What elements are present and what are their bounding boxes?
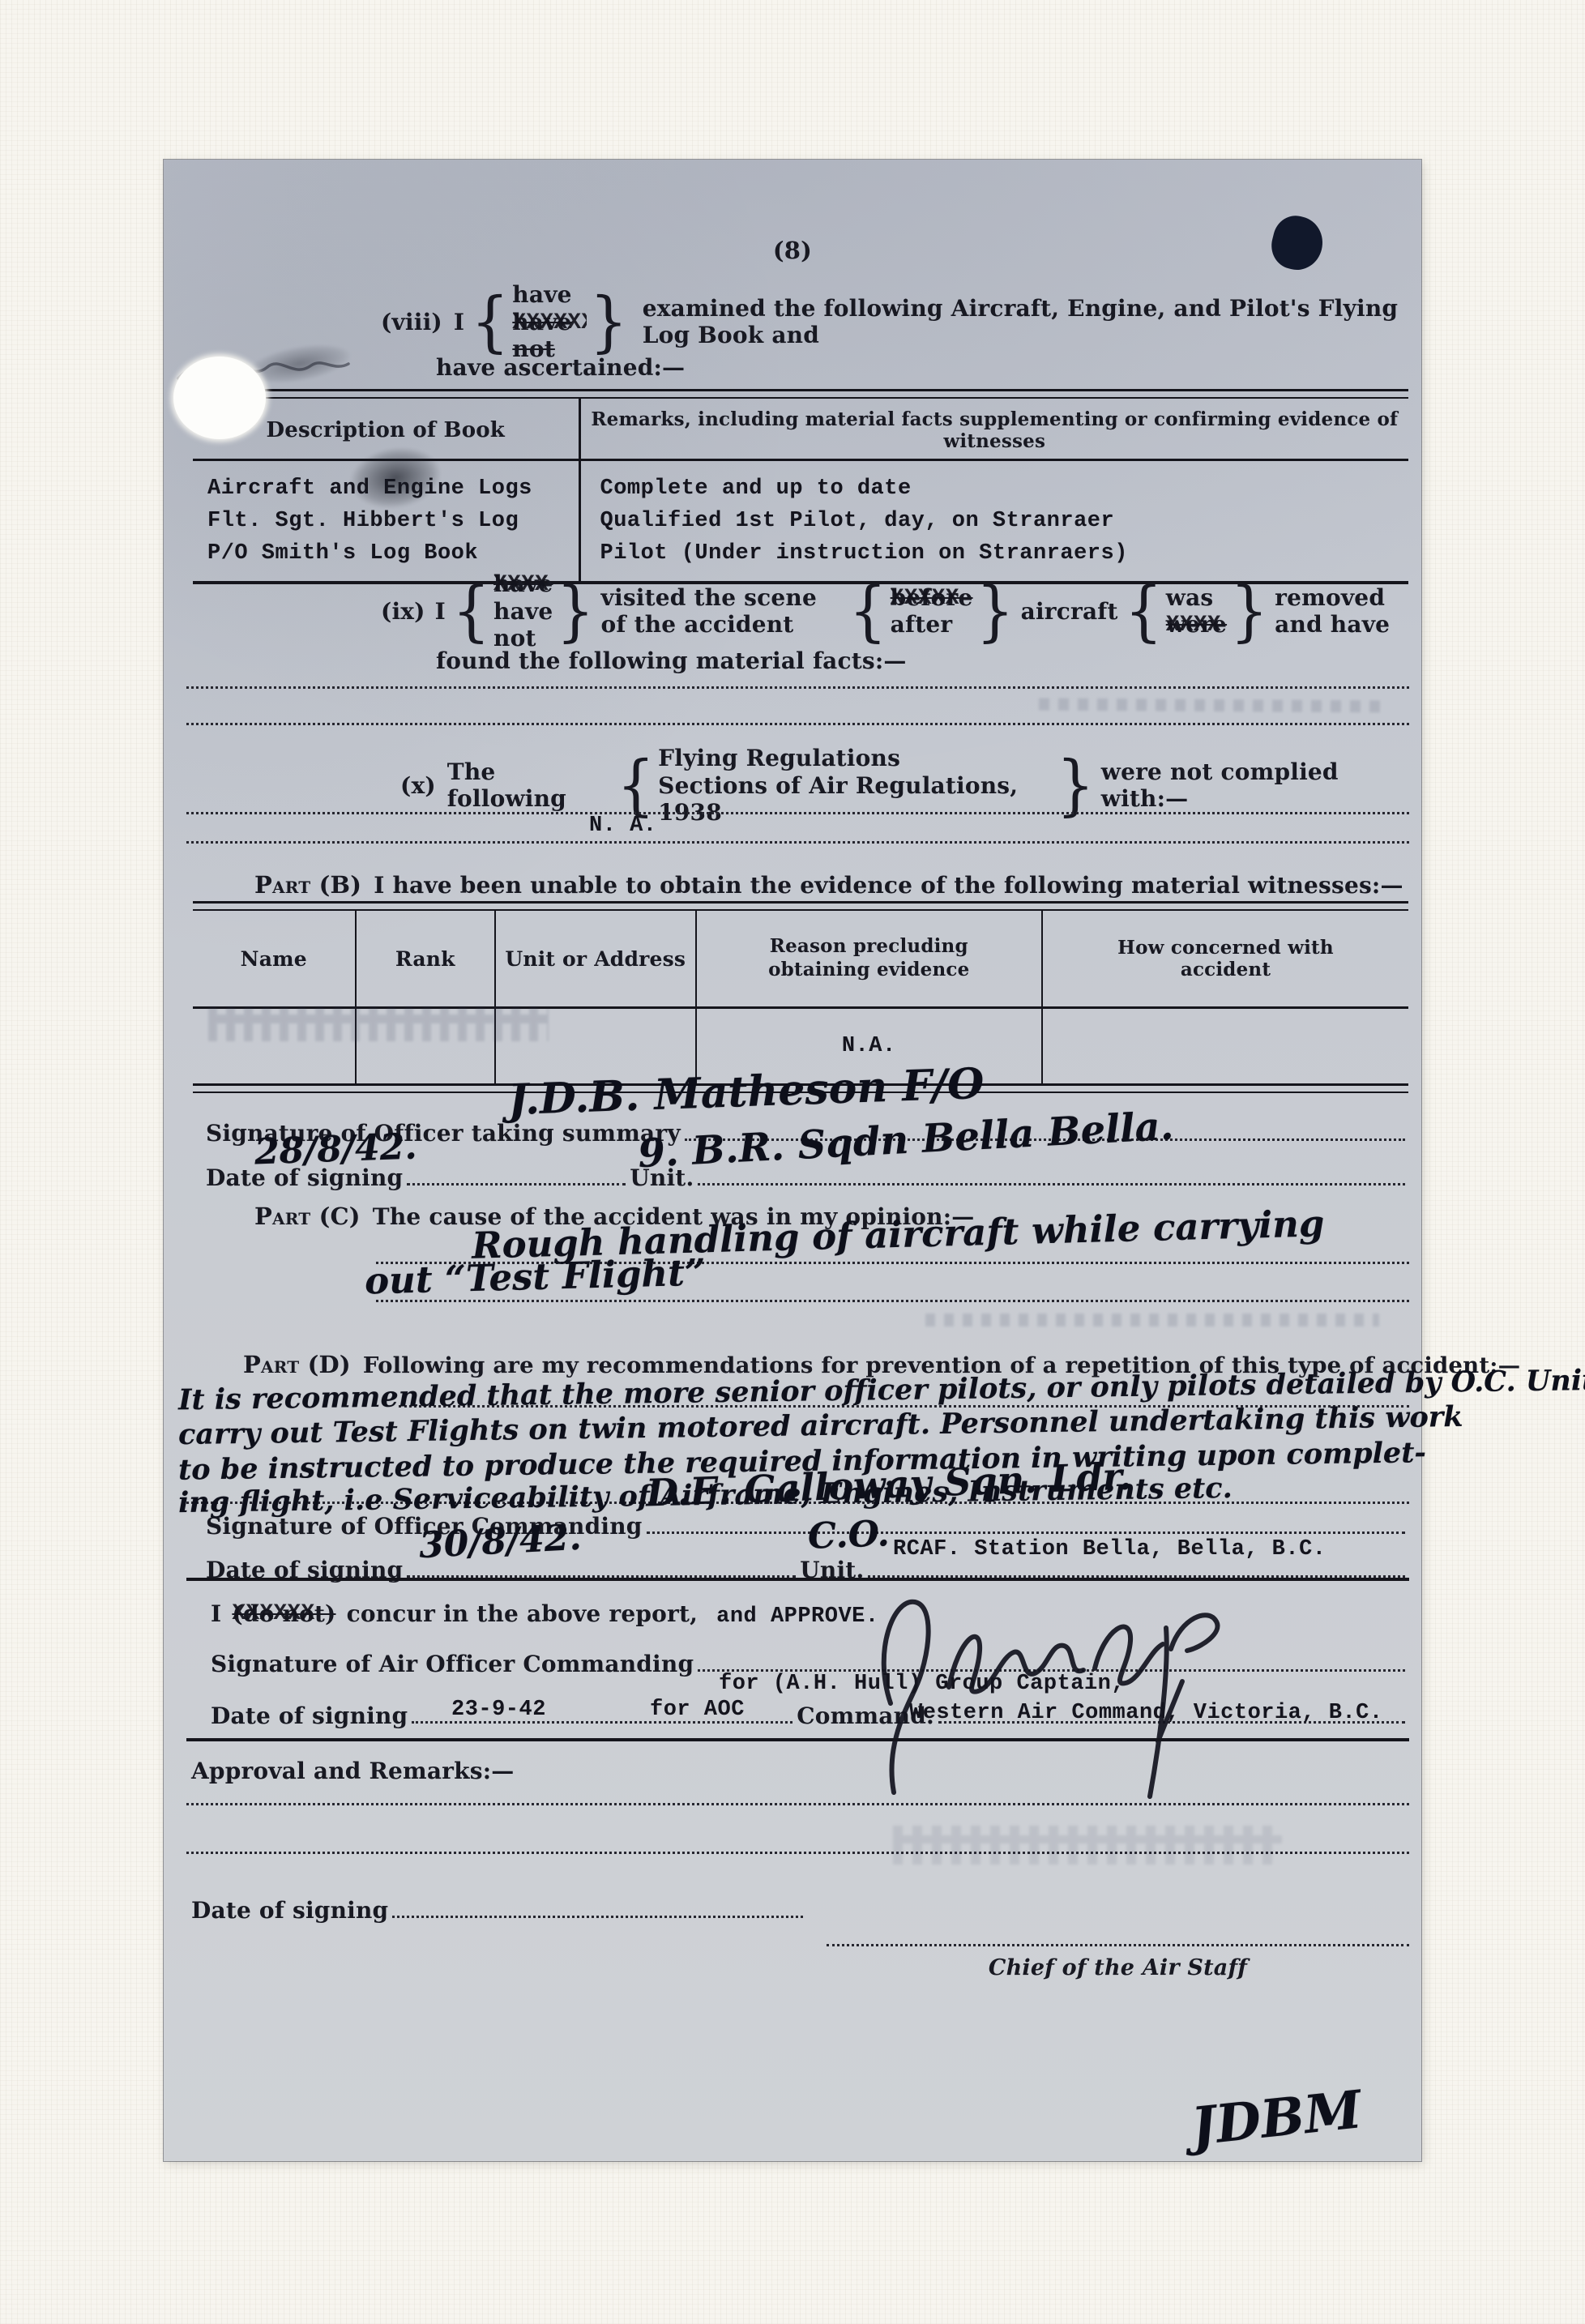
summary-date-row: Date of signing Unit. [206, 1164, 1409, 1191]
part-c-label: Part (C) [254, 1203, 361, 1230]
concur-approve-typed: and APPROVE. [716, 1604, 878, 1629]
bleed-through-artifact [925, 1314, 1379, 1326]
concur-text: concur in the above report, [347, 1600, 698, 1627]
witness-header-concerned: How concerned with accident [1041, 911, 1408, 1006]
footer-date-label: Date of signing [191, 1897, 388, 1924]
aoc-date-typed: 23-9-42 [451, 1698, 546, 1722]
summary-date-handwriting: 28/8/42. [254, 1126, 417, 1173]
section-ix-prefix: I [435, 598, 446, 625]
witness-cell-empty [355, 1009, 495, 1083]
brace-open: { [471, 296, 509, 348]
section-viii-line2: have ascertained:— [436, 354, 685, 381]
section-viii-number: (viii) [381, 309, 442, 335]
section-ix-text3: removed and have [1275, 584, 1410, 638]
dotted-line [186, 841, 1409, 844]
section-ix-line1: (ix) I { have XXXX have not } visited th… [381, 570, 1410, 652]
ix-option-have-struck: have XXXX [493, 570, 553, 598]
witness-cell-empty [1041, 1009, 1408, 1083]
overstrike-x: XXXX [493, 571, 553, 599]
ix-brace-visited: { have XXXX have not } [452, 570, 595, 652]
witness-table: Name Rank Unit or Address Reason preclud… [193, 901, 1408, 1093]
logbook-cell: Pilot (Under instruction on Stranraers) [600, 537, 1404, 570]
ix-option-before-struck: before XXXXX [891, 584, 973, 612]
logbook-header-description: Description of Book [193, 399, 579, 459]
viii-option-have: have [512, 281, 586, 309]
ix-brace-beforeafter: { before XXXXX after } [849, 584, 1015, 639]
brace-close: } [1057, 759, 1095, 812]
viii-brace: { have have not XXXXXXX } [471, 281, 627, 363]
dotted-line [186, 686, 1409, 689]
x-option-air-regs: Sections of Air Regulations, 1938 [658, 772, 1053, 827]
section-viii-line1: (viii) I { have have not XXXXXXX } exami… [381, 281, 1407, 363]
section-rule [186, 1578, 1409, 1581]
scan-background: { "colors": {"paper": "#c6c9d0", "ink": … [0, 0, 1585, 2324]
page-number: (8) [164, 237, 1421, 264]
witness-header-reason: Reason precluding obtaining evidence [695, 911, 1042, 1006]
aoc-signature-label: Signature of Air Officer Commanding [211, 1651, 694, 1677]
overstrike-x: XXXX [1166, 612, 1227, 639]
brace-open: { [1125, 585, 1163, 638]
section-viii-text: examined the following Aircraft, Engine,… [643, 295, 1407, 348]
part-b-label: Part (B) [254, 871, 361, 899]
brace-close: } [976, 585, 1015, 638]
dotted-line [186, 812, 1409, 814]
table-top-rule [193, 901, 1408, 911]
brace-open: { [617, 759, 655, 812]
logbook-cell: Aircraft and Engine Logs [207, 472, 574, 505]
aoc-date-label: Date of signing [211, 1702, 408, 1729]
section-ix-line2: found the following material facts:— [436, 647, 907, 674]
section-ix-number: (ix) [381, 598, 425, 625]
section-rule [186, 1738, 1409, 1741]
brace-close: } [556, 585, 594, 638]
aoc-for-aoc-typed: for AOC [650, 1698, 745, 1722]
logbook-cell: P/O Smith's Log Book [207, 537, 574, 570]
ix-option-were-struck: were XXXX [1166, 611, 1227, 639]
pencil-scribble-artifact [172, 340, 358, 396]
table-top-rule [193, 389, 1408, 399]
smudge-artifact [238, 333, 361, 395]
logbook-header-remarks: Remarks, including material facts supple… [579, 399, 1409, 459]
oc-unit-handwriting: C.O. [807, 1513, 890, 1557]
dotted-leader [392, 1916, 803, 1918]
brace-close: } [1230, 585, 1268, 638]
ix-option-was: was [1166, 584, 1227, 612]
oc-date-handwriting: 30/8/42. [418, 1517, 583, 1566]
footer-date-row: Date of signing [191, 1897, 807, 1924]
witness-header-name: Name [193, 911, 355, 1006]
section-x-prefix: The following [447, 758, 610, 812]
brace-open: { [849, 585, 887, 638]
dotted-line [186, 1803, 1409, 1805]
aoc-for-line-typed: for (A.H. Hull) Group Captain, [719, 1672, 1125, 1696]
chief-of-air-staff-caption: Chief of the Air Staff [989, 1955, 1247, 1980]
bleed-through-artifact [893, 1826, 1282, 1865]
witness-header-unit: Unit or Address [494, 911, 695, 1006]
initials-handwriting: JDBM [1189, 2079, 1365, 2158]
section-viii-prefix: I [454, 309, 464, 335]
section-ix-text2: aircraft [1021, 598, 1118, 625]
section-x-number: (x) [400, 772, 436, 799]
dotted-leader [698, 1183, 1405, 1185]
brace-open: { [452, 585, 490, 638]
part-d-label: Part (D) [243, 1351, 351, 1378]
x-option-flying-regs: Flying Regulations [658, 745, 1053, 772]
bleed-through-artifact [1039, 698, 1387, 712]
oc-unit-typed: RCAF. Station Bella, Bella, B.C. [893, 1537, 1326, 1561]
part-b-text: I have been unable to obtain the evidenc… [374, 872, 1403, 899]
na-entry-typed: N. A. [589, 814, 657, 838]
signature-line [827, 1944, 1409, 1946]
dotted-line [186, 1852, 1409, 1854]
logbook-cell: Flt. Sgt. Hibbert's Log [207, 505, 574, 537]
dotted-line [186, 723, 1409, 725]
logbook-cell: Qualified 1st Pilot, day, on Stranraer [600, 505, 1404, 537]
logbook-table: Description of Book Remarks, including m… [193, 389, 1408, 584]
brace-close: } [590, 296, 628, 348]
section-x-text: were not complied with:— [1101, 758, 1410, 812]
ix-brace-waswere: { was were XXXX } [1125, 584, 1268, 639]
cause-handwriting-line2: out “Test Flight” [364, 1251, 706, 1303]
dotted-line [376, 1300, 1409, 1302]
overstrike-x: XXXXXX [232, 1601, 335, 1626]
overstrike-x: XXXXXXX [512, 310, 586, 337]
approval-heading: Approval and Remarks:— [191, 1758, 514, 1784]
ix-option-have-not: have not [493, 598, 553, 652]
overstrike-x: XXXXX [891, 585, 973, 613]
concur-prefix: I [211, 1600, 221, 1627]
witness-cell-empty [193, 1009, 355, 1083]
logbook-cell: Complete and up to date [600, 472, 1404, 505]
concur-line: I (do not) XXXXXX concur in the above re… [211, 1600, 879, 1629]
part-b-heading: Part (B) I have been unable to obtain th… [254, 871, 1403, 899]
document-page: (8) (viii) I { have have not XXXXXXX } e… [164, 160, 1421, 2161]
section-ix-text1: visited the scene of the accident [601, 584, 843, 638]
footer-caption-wrap: Chief of the Air Staff [827, 1955, 1409, 1980]
dotted-leader [407, 1183, 626, 1185]
ix-option-after: after [891, 611, 973, 639]
concur-do-not-struck: (do not) XXXXXX [232, 1600, 335, 1627]
witness-header-rank: Rank [355, 911, 495, 1006]
aoc-command-typed: Western Air Command, Victoria, B.C. [909, 1701, 1383, 1725]
dotted-leader [647, 1532, 1405, 1534]
